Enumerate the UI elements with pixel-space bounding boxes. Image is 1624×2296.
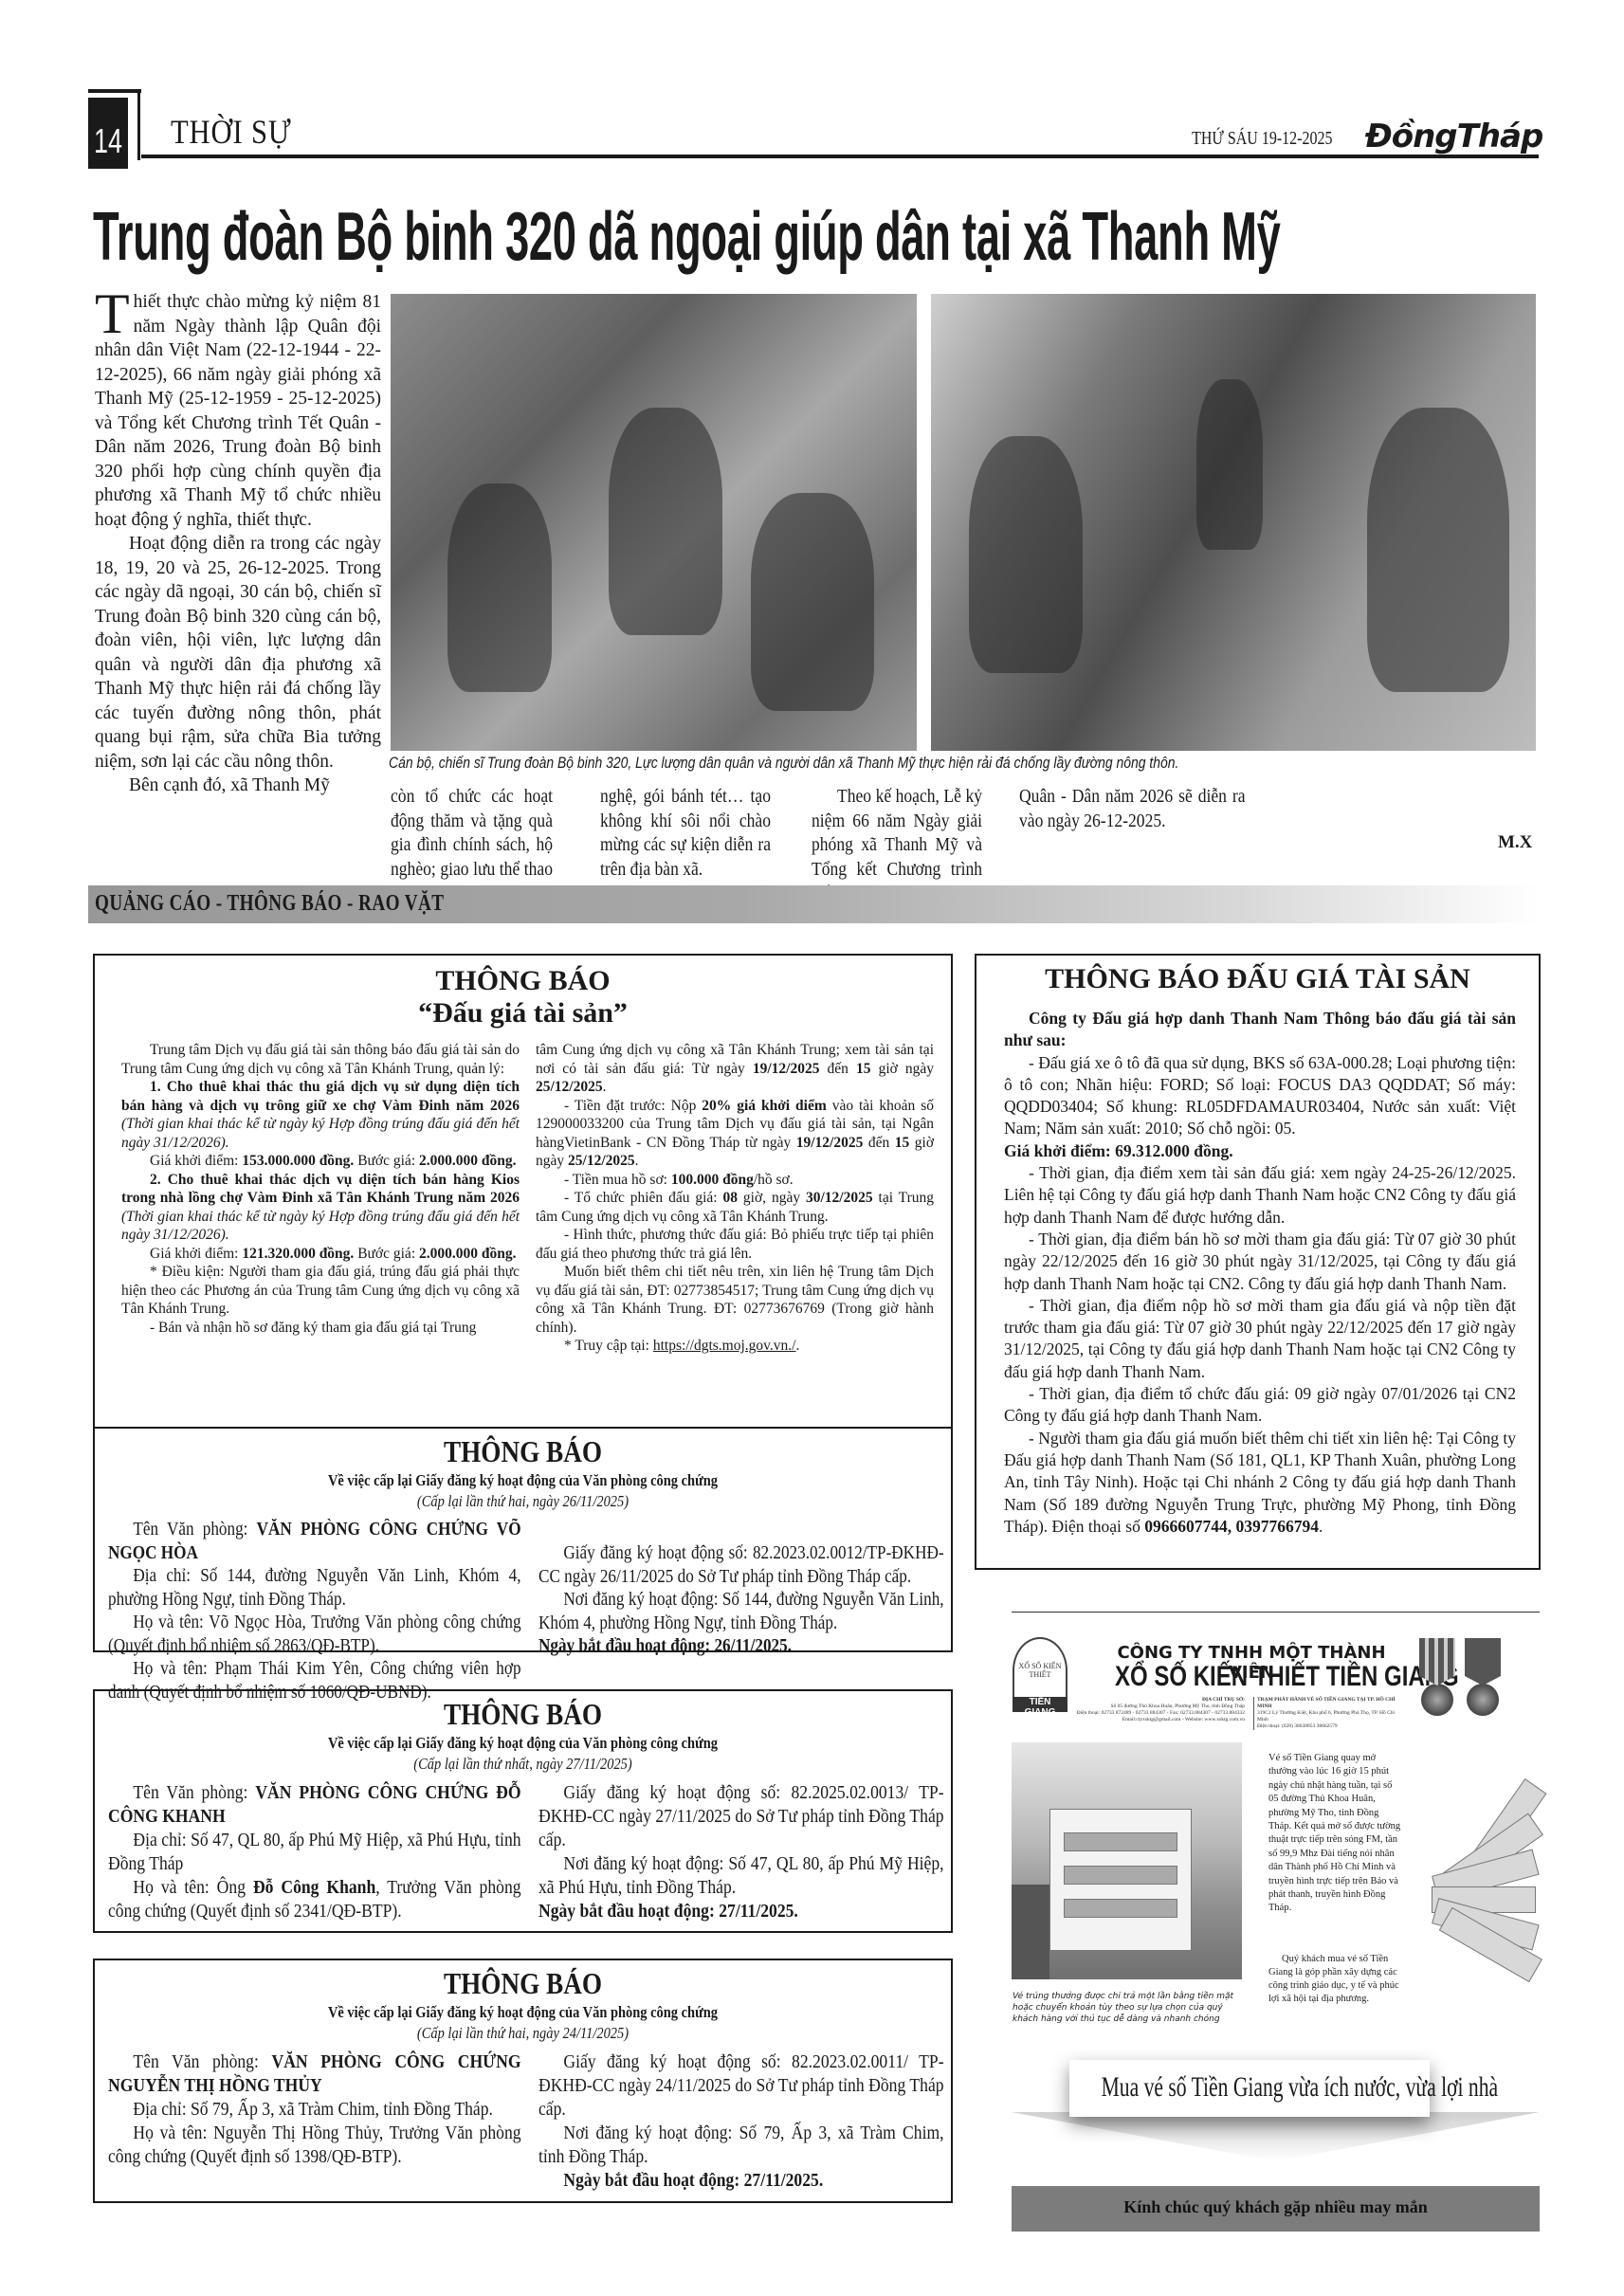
classifieds-section-title: QUẢNG CÁO - THÔNG BÁO - RAO VẶT	[95, 891, 445, 917]
price-line: Giá khởi điểm: 121.320.000 đồng. Bước gi…	[121, 1245, 520, 1264]
price-line: Giá khởi điểm: 153.000.000 đồng. Bước gi…	[121, 1152, 520, 1171]
notice-column: Giấy đăng ký hoạt động số: 82.2023.02.00…	[538, 1519, 946, 1659]
drop-cap: T	[95, 292, 130, 336]
notice-title: THÔNG BÁO	[159, 1434, 887, 1469]
section-name: THỜI SỰ	[171, 112, 291, 152]
notice-note: (Cấp lại lần thứ hai, ngày 24/11/2025)	[159, 2024, 887, 2043]
lottery-logo-icon: XỔ SỐ KIẾN THIẾT	[1013, 1637, 1067, 1704]
page-number-rule	[88, 89, 141, 93]
header-rule	[141, 155, 1539, 158]
notice-title: THÔNG BÁO	[159, 1697, 887, 1732]
article-photo-soldiers-digging	[391, 294, 917, 751]
article-paragraph: Thiết thực chào mừng kỷ niệm 81 năm Ngày…	[95, 290, 381, 532]
notice-note: (Cấp lại lần thứ hai, ngày 26/11/2025)	[159, 1492, 887, 1511]
lottery-tickets-fan	[1394, 1754, 1536, 2000]
medal-icon	[1419, 1638, 1455, 1723]
notice-column: Tên Văn phòng: VĂN PHÒNG CÔNG CHỨNG NGUY…	[108, 2050, 523, 2169]
notice-subtitle: Về việc cấp lại Giấy đăng ký hoạt động c…	[159, 2003, 887, 2022]
article-continuation-column: nghệ, gói bánh tét… tạo không khí sôi nổ…	[600, 785, 771, 882]
notice-subtitle: Về việc cấp lại Giấy đăng ký hoạt động c…	[159, 1734, 887, 1753]
notice-notary-vo-ngoc-hoa: THÔNG BÁO Về việc cấp lại Giấy đăng ký h…	[93, 1427, 953, 1652]
notice-notary-nguyen-thi-hong-thuy: THÔNG BÁO Về việc cấp lại Giấy đăng ký h…	[93, 1959, 953, 2203]
lottery-logo-label: TIỀN GIANG	[1013, 1697, 1067, 1712]
medal-icon	[1465, 1638, 1501, 1723]
notice-title: THÔNG BÁO	[95, 965, 951, 997]
ad-payout-note: Vé trúng thưởng được chi trả một lần bằn…	[1013, 1991, 1245, 2025]
article-photo-villagers-spreading-gravel	[931, 294, 1536, 751]
auction-portal-link[interactable]: https://dgts.moj.gov.vn./	[653, 1338, 796, 1354]
ad-slogan: Mua vé số Tiền Giang vừa ích nước, vừa l…	[1102, 2071, 1402, 2104]
article-byline: M.X	[1498, 832, 1532, 853]
ad-brand-name: XỔ SỐ KIẾN THIẾT TIỀN GIANG	[1115, 1661, 1388, 1693]
notice-title: THÔNG BÁO ĐẤU GIÁ TÀI SẢN	[976, 963, 1539, 995]
ad-footer-text: Kính chúc quý khách gặp nhiều may mắn	[1012, 2197, 1540, 2217]
article-paragraph: Hoạt động diễn ra trong các ngày 18, 19,…	[95, 532, 381, 774]
notice-body: Công ty Đấu giá hợp danh Thanh Nam Thông…	[1004, 1008, 1516, 1538]
masthead-logo: ĐồngTháp	[1365, 118, 1542, 155]
page-number: 14	[88, 98, 128, 169]
notice-auction-center: THÔNG BÁO “Đấu giá tài sản” Trung tâm Dị…	[93, 954, 953, 1429]
notice-column: Giấy đăng ký hoạt động số: 82.2025.02.00…	[538, 1781, 946, 1923]
notice-subtitle: “Đấu giá tài sản”	[95, 997, 951, 1030]
notice-notary-do-cong-khanh: THÔNG BÁO Về việc cấp lại Giấy đăng ký h…	[93, 1689, 953, 1933]
ad-description-2: Quý khách mua vé số Tiền Giang là góp ph…	[1268, 1953, 1401, 2006]
article-continuation-column: Quân - Dân năm 2026 sẽ diễn ra vào ngày …	[1019, 785, 1246, 833]
notice-note: (Cấp lại lần thứ nhất, ngày 27/11/2025)	[159, 1755, 887, 1774]
notice-thanh-nam-auction: THÔNG BÁO ĐẤU GIÁ TÀI SẢN Công ty Đấu gi…	[975, 954, 1541, 1570]
notice-column: Trung tâm Dịch vụ đấu giá tài sản thông …	[121, 1041, 520, 1337]
article-headline: Trung đoàn Bộ binh 320 dã ngoại giúp dân…	[93, 199, 1001, 275]
ad-hq-address: ĐỊA CHỈ TRỤ SỞ: Số 05 đường Thủ Khoa Huâ…	[1067, 1697, 1245, 1723]
notice-column: Giấy đăng ký hoạt động số: 82.2023.02.00…	[538, 2050, 946, 2193]
notice-title: THÔNG BÁO	[159, 1966, 887, 2001]
photo-caption: Cán bộ, chiến sĩ Trung đoàn Bộ binh 320,…	[389, 754, 1337, 773]
article-body-column: Thiết thực chào mừng kỷ niệm 81 năm Ngày…	[95, 290, 381, 798]
notice-column: tâm Cung ứng dịch vụ công xã Tân Khánh T…	[536, 1041, 934, 1356]
ad-branch-address: TRẠM PHÁT HÀNH VÉ SỐ TIỀN GIANG TẠI TP. …	[1253, 1697, 1405, 1730]
notice-column: Tên Văn phòng: VĂN PHÒNG CÔNG CHỨNG VÕ N…	[108, 1519, 523, 1704]
issue-date: THỨ SÁU 19-12-2025	[1192, 128, 1332, 150]
notice-subtitle: Về việc cấp lại Giấy đăng ký hoạt động c…	[159, 1471, 887, 1490]
article-paragraph: Bên cạnh đó, xã Thanh Mỹ	[95, 774, 381, 798]
ad-building-photo	[1012, 1742, 1242, 1979]
ad-description: Vé số Tiền Giang quay mở thưởng vào lúc …	[1268, 1752, 1401, 1916]
notice-column: Tên Văn phòng: VĂN PHÒNG CÔNG CHỨNG ĐỖ C…	[108, 1781, 523, 1923]
header-divider	[137, 89, 140, 160]
